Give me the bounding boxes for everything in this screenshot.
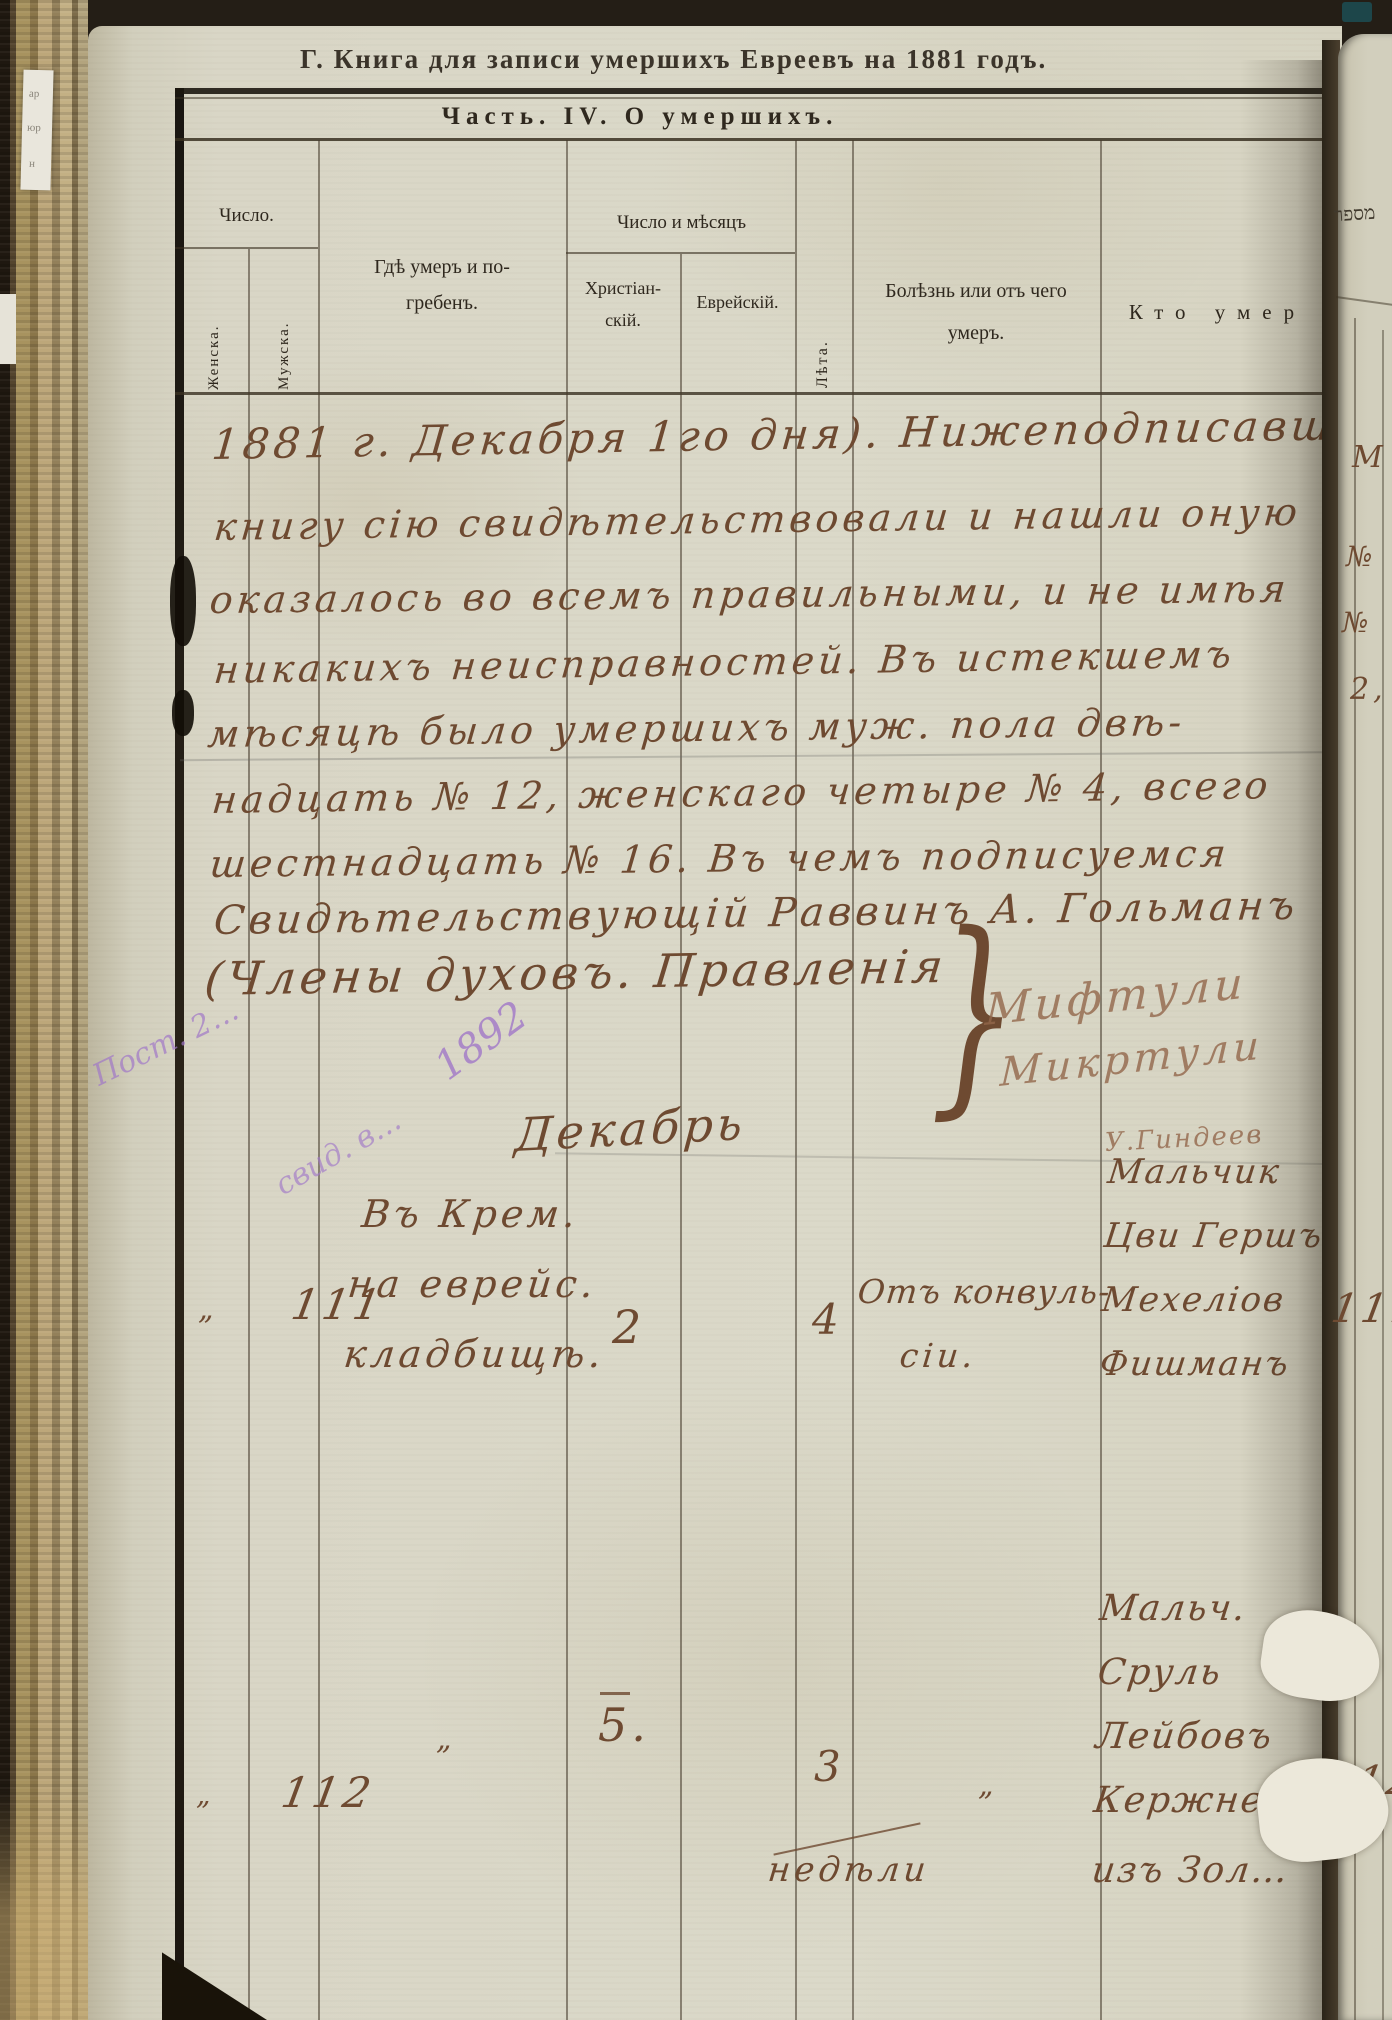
row-christian-date: 2 bbox=[612, 1300, 645, 1354]
page-title: Г. Книга для записи умершихъ Евреевъ на … bbox=[300, 44, 960, 75]
header-cause-line1: Болѣзнь или отъ чего bbox=[854, 280, 1098, 303]
header-female: Женска. bbox=[206, 252, 223, 390]
next-page-fragment: № bbox=[1342, 606, 1373, 639]
header-jewish: Еврейскій. bbox=[682, 292, 793, 313]
header-number-group: Число. bbox=[175, 205, 318, 227]
table-rule-top bbox=[175, 88, 1343, 94]
row-place: на еврейс. bbox=[346, 1262, 600, 1306]
next-page-fragment: № bbox=[1346, 540, 1377, 573]
rule-under-number-group bbox=[175, 247, 318, 249]
row-who-died: Сруль bbox=[1095, 1652, 1224, 1693]
next-page-hebrew-header: מספר bbox=[1333, 203, 1376, 228]
row-age-value: 3 bbox=[814, 1742, 845, 1791]
header-christian-line2: скій. bbox=[568, 310, 678, 331]
ink-smudge bbox=[172, 690, 194, 736]
row-place-ditto: „ bbox=[436, 1722, 456, 1757]
row-cause-ditto: „ bbox=[978, 1768, 998, 1803]
spine-label-small bbox=[0, 294, 16, 364]
header-male: Мужска. bbox=[276, 252, 293, 390]
header-christian-line1: Христіан- bbox=[568, 278, 678, 299]
row-cause: Отъ конвуль- bbox=[856, 1272, 1113, 1311]
row-female-ditto: „ bbox=[198, 1292, 218, 1327]
header-place-line2: гребенъ. bbox=[320, 292, 564, 315]
table-rule-top-thin bbox=[175, 97, 1343, 99]
spine-label: ар юр н bbox=[20, 70, 53, 191]
row-place: кладбищѣ. bbox=[342, 1332, 608, 1376]
row-cause: сіи. bbox=[898, 1336, 979, 1375]
next-page-fragment: 2, bbox=[1350, 672, 1387, 707]
page-curl-shadow bbox=[1240, 60, 1335, 2020]
row-number: 112 bbox=[278, 1768, 379, 1817]
spine-label-text: ар bbox=[29, 88, 40, 100]
header-place-line1: Гдѣ умеръ и по- bbox=[320, 256, 564, 279]
book-spine-bottom-highlight bbox=[0, 1790, 88, 2020]
row-christian-date: 5. bbox=[598, 1698, 650, 1752]
scanned-register-page: ар юр н Г. Книга для записи умершихъ Евр… bbox=[0, 0, 1392, 2020]
table-rule-heavy bbox=[175, 138, 1340, 141]
row-age: 4 bbox=[812, 1295, 843, 1344]
header-cause-line2: умеръ. bbox=[854, 322, 1098, 345]
row-place: Въ Крем. bbox=[360, 1192, 582, 1236]
row-age-unit: недѣли bbox=[766, 1850, 932, 1890]
header-date-group: Число и мѣсяцъ bbox=[568, 212, 795, 234]
next-page-row-number: 111 bbox=[1328, 1286, 1392, 1332]
ink-smudge bbox=[170, 556, 196, 646]
row-female-ditto: „ bbox=[196, 1778, 215, 1811]
row-who-died: Мальч. bbox=[1097, 1588, 1249, 1629]
next-page-fragment: М bbox=[1352, 440, 1387, 475]
section-title: Часть. IV. О умершихъ. bbox=[380, 103, 900, 131]
header-age: Лѣта. bbox=[814, 268, 832, 388]
rule-header-bottom bbox=[175, 392, 1335, 395]
macron-mark bbox=[600, 1692, 630, 1695]
spine-label-text: н bbox=[29, 158, 35, 170]
spine-label-text: юр bbox=[27, 122, 41, 134]
binding-mark bbox=[1342, 2, 1372, 22]
